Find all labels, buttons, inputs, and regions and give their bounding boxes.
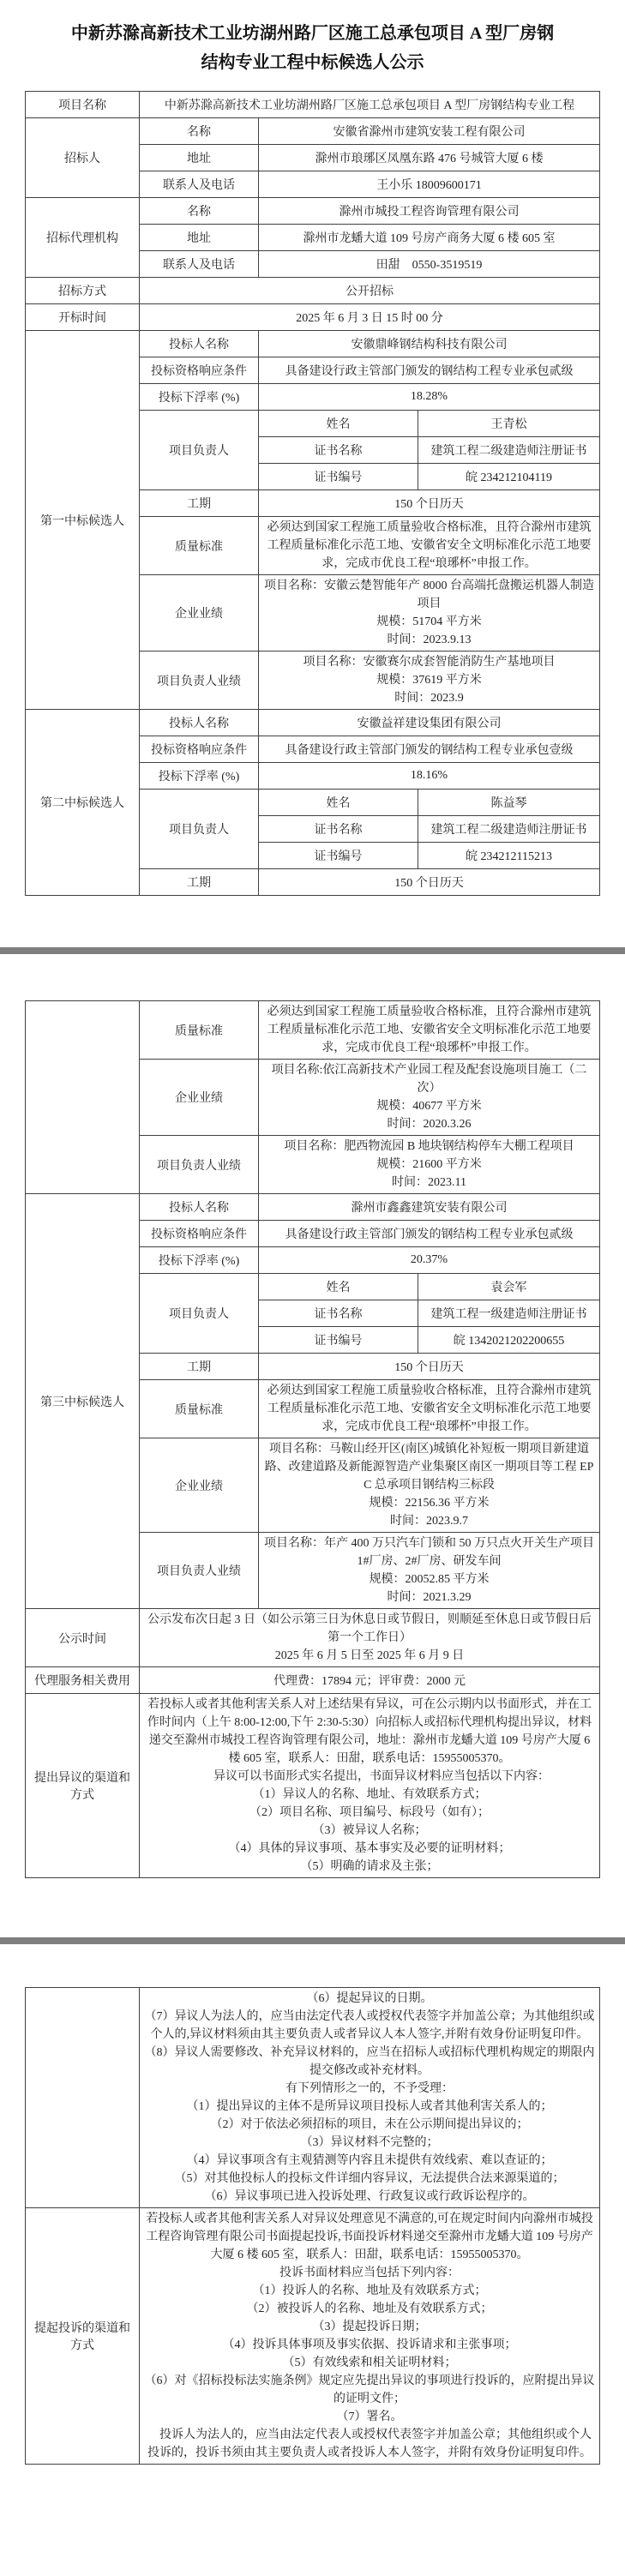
c1-pm-name-label: 姓名 (259, 411, 418, 437)
c3-duration-label: 工期 (140, 1354, 259, 1380)
agency-fee-value: 代理费：17894 元；评审费：2000 元 (140, 1667, 600, 1694)
c1-pm-performance-value: 项目名称：安徽赛尔成套智能消防生产基地项目 规模：37619 平方米 时间：20… (259, 652, 600, 710)
c1-pm-performance-label: 项目负责人业绩 (140, 652, 259, 710)
agency-label: 招标代理机构 (26, 198, 140, 278)
c1-quality-value: 必须达到国家工程施工质量验收合格标准，且符合滁州市建筑工程质量标准化示范工地、安… (259, 517, 600, 575)
complaint-channel-label: 提起投诉的渠道和方式 (26, 2208, 140, 2465)
c3-bidder-name-value: 滁州市鑫鑫建筑安装有限公司 (259, 1194, 600, 1221)
c2-cert-name-label: 证书名称 (259, 816, 418, 843)
tender-method-value: 公开招标 (140, 278, 600, 304)
agency-address-value: 滁州市龙蟠大道 109 号房产商务大厦 6 楼 605 室 (259, 225, 600, 251)
c2-pm-performance-value: 项目名称：肥西物流园 B 地块钢结构停车大棚工程项目 规模：21600 平方米 … (259, 1136, 600, 1194)
c2-pm-name-value: 陈益琴 (418, 790, 600, 816)
c1-cert-name-value: 建筑工程二级建造师注册证书 (418, 437, 600, 464)
c2-duration-label: 工期 (140, 869, 259, 896)
bid-open-time-value: 2025 年 6 月 3 日 15 时 00 分 (140, 304, 600, 331)
page-separator-1 (0, 947, 625, 954)
c2-quality-label: 质量标准 (140, 1001, 259, 1060)
c3-bidder-name-label: 投标人名称 (140, 1194, 259, 1221)
c1-bidder-name-label: 投标人名称 (140, 331, 259, 357)
project-name-value: 中新苏滁高新技术工业坊湖州路厂区施工总承包项目 A 型厂房钢结构专业工程 (140, 92, 600, 118)
c2-qualification-label: 投标资格响应条件 (140, 736, 259, 763)
c2-pm-performance-label: 项目负责人业绩 (140, 1136, 259, 1194)
c3-qualification-label: 投标资格响应条件 (140, 1221, 259, 1247)
tenderee-contact-value: 王小乐 18009600171 (259, 171, 600, 198)
c2-qualification-value: 具备建设行政主管部门颁发的钢结构工程专业承包壹级 (259, 736, 600, 763)
c3-cert-name-label: 证书名称 (259, 1300, 418, 1327)
c1-quality-label: 质量标准 (140, 517, 259, 575)
c2-cert-no-label: 证书编号 (259, 843, 418, 869)
agency-name-label: 名称 (140, 198, 259, 225)
announcement-table-page-2: 质量标准 必须达到国家工程施工质量验收合格标准，且符合滁州市建筑工程质量标准化示… (25, 1000, 600, 1878)
c2-cert-no-value: 皖 234212115213 (418, 843, 600, 869)
objection-text-part2: （6）提起异议的日期。 （7）异议人为法人的，应当由法定代表人或授权代表签字并加… (140, 1988, 600, 2208)
c1-company-performance-value: 项目名称：安徽云楚智能年产 8000 台高端托盘搬运机器人制造项目 规模：517… (259, 575, 600, 652)
c1-bidder-name-value: 安徽鼎峰钢结构科技有限公司 (259, 331, 600, 357)
c3-cert-name-value: 建筑工程一级建造师注册证书 (418, 1300, 600, 1327)
c2-section-label: 第二中标候选人 (26, 710, 140, 896)
c1-pm-label: 项目负责人 (140, 411, 259, 490)
announcement-table-page-1: 项目名称 中新苏滁高新技术工业坊湖州路厂区施工总承包项目 A 型厂房钢结构专业工… (25, 91, 600, 896)
c3-company-performance-value: 项目名称：马鞍山经开区(南区)城镇化补短板一期项目新建道路、改建道路及新能源智造… (259, 1438, 600, 1533)
tenderee-address-value: 滁州市琅琊区凤凰东路 476 号城管大厦 6 楼 (259, 145, 600, 171)
c1-duration-label: 工期 (140, 490, 259, 517)
c2-discount-rate-label: 投标下浮率 (%) (140, 763, 259, 790)
c1-section-label: 第一中标候选人 (26, 331, 140, 710)
objection-channel-label: 提出异议的渠道和方式 (26, 1694, 140, 1878)
objection-text-part1: 若投标人或者其他利害关系人对上述结果有异议，可在公示期内以书面形式，并在工作时间… (140, 1694, 600, 1878)
c1-qualification-label: 投标资格响应条件 (140, 357, 259, 384)
c1-discount-rate-value: 18.28% (259, 384, 600, 411)
c2-pm-name-label: 姓名 (259, 790, 418, 816)
c3-cert-no-value: 皖 1342021202200655 (418, 1327, 600, 1354)
tenderee-name-value: 安徽省滁州市建筑安装工程有限公司 (259, 118, 600, 145)
complaint-text: 若投标人或者其他利害关系人对异议处理意见不满意的,可在规定时间内向滁州市城投工程… (140, 2208, 600, 2465)
c3-discount-rate-value: 20.37% (259, 1247, 600, 1274)
c1-company-performance-label: 企业业绩 (140, 575, 259, 652)
publicity-period-label: 公示时间 (26, 1609, 140, 1667)
c2-section-spacer-cell (26, 1001, 140, 1194)
agency-name-value: 滁州市城投工程咨询管理有限公司 (259, 198, 600, 225)
tender-method-label: 招标方式 (26, 278, 140, 304)
c3-company-performance-label: 企业业绩 (140, 1438, 259, 1533)
agency-contact-label: 联系人及电话 (140, 251, 259, 278)
agency-contact-value: 田甜 0550-3519519 (259, 251, 600, 278)
announcement-table-page-3: （6）提起异议的日期。 （7）异议人为法人的，应当由法定代表人或授权代表签字并加… (25, 1987, 600, 2465)
c2-company-performance-label: 企业业绩 (140, 1060, 259, 1136)
tenderee-address-label: 地址 (140, 145, 259, 171)
c2-duration-value: 150 个日历天 (259, 869, 600, 896)
c3-duration-value: 150 个日历天 (259, 1354, 600, 1380)
objection-section-spacer-cell (26, 1988, 140, 2208)
c1-discount-rate-label: 投标下浮率 (%) (140, 384, 259, 411)
page-separator-2 (0, 1937, 625, 1944)
c1-pm-name-value: 王青松 (418, 411, 600, 437)
c3-pm-name-value: 袁会军 (418, 1274, 600, 1300)
c3-discount-rate-label: 投标下浮率 (%) (140, 1247, 259, 1274)
project-name-label: 项目名称 (26, 92, 140, 118)
c2-company-performance-value: 项目名称:依江高新技术产业园工程及配套设施项目施工（二次） 规模：40677 平… (259, 1060, 600, 1136)
c1-qualification-value: 具备建设行政主管部门颁发的钢结构工程专业承包贰级 (259, 357, 600, 384)
publicity-period-value: 公示发布次日起 3 日（如公示第三日为休息日或节假日，则顺延至休息日或节假日后第… (140, 1609, 600, 1667)
c3-pm-performance-value: 项目名称：年产 400 万只汽车门锁和 50 万只点火开关生产项目 1#厂房、2… (259, 1533, 600, 1609)
c2-pm-label: 项目负责人 (140, 790, 259, 869)
agency-address-label: 地址 (140, 225, 259, 251)
c1-cert-no-value: 皖 234212104119 (418, 464, 600, 490)
c3-qualification-value: 具备建设行政主管部门颁发的钢结构工程专业承包贰级 (259, 1221, 600, 1247)
c3-section-label: 第三中标候选人 (26, 1194, 140, 1609)
c1-cert-no-label: 证书编号 (259, 464, 418, 490)
c1-duration-value: 150 个日历天 (259, 490, 600, 517)
tenderee-contact-label: 联系人及电话 (140, 171, 259, 198)
page-title: 中新苏滁高新技术工业坊湖州路厂区施工总承包项目 A 型厂房钢结构专业工程中标候选… (70, 19, 556, 77)
c3-quality-label: 质量标准 (140, 1380, 259, 1438)
c1-cert-name-label: 证书名称 (259, 437, 418, 464)
c3-pm-performance-label: 项目负责人业绩 (140, 1533, 259, 1609)
c3-pm-label: 项目负责人 (140, 1274, 259, 1354)
c2-discount-rate-value: 18.16% (259, 763, 600, 790)
tenderee-name-label: 名称 (140, 118, 259, 145)
c2-cert-name-value: 建筑工程二级建造师注册证书 (418, 816, 600, 843)
c2-bidder-name-value: 安徽益祥建设集团有限公司 (259, 710, 600, 736)
c3-cert-no-label: 证书编号 (259, 1327, 418, 1354)
bid-open-time-label: 开标时间 (26, 304, 140, 331)
c3-pm-name-label: 姓名 (259, 1274, 418, 1300)
tenderee-label: 招标人 (26, 118, 140, 198)
c2-quality-value: 必须达到国家工程施工质量验收合格标准，且符合滁州市建筑工程质量标准化示范工地、安… (259, 1001, 600, 1060)
c3-quality-value: 必须达到国家工程施工质量验收合格标准，且符合滁州市建筑工程质量标准化示范工地、安… (259, 1380, 600, 1438)
agency-fee-label: 代理服务相关费用 (26, 1667, 140, 1694)
c2-bidder-name-label: 投标人名称 (140, 710, 259, 736)
